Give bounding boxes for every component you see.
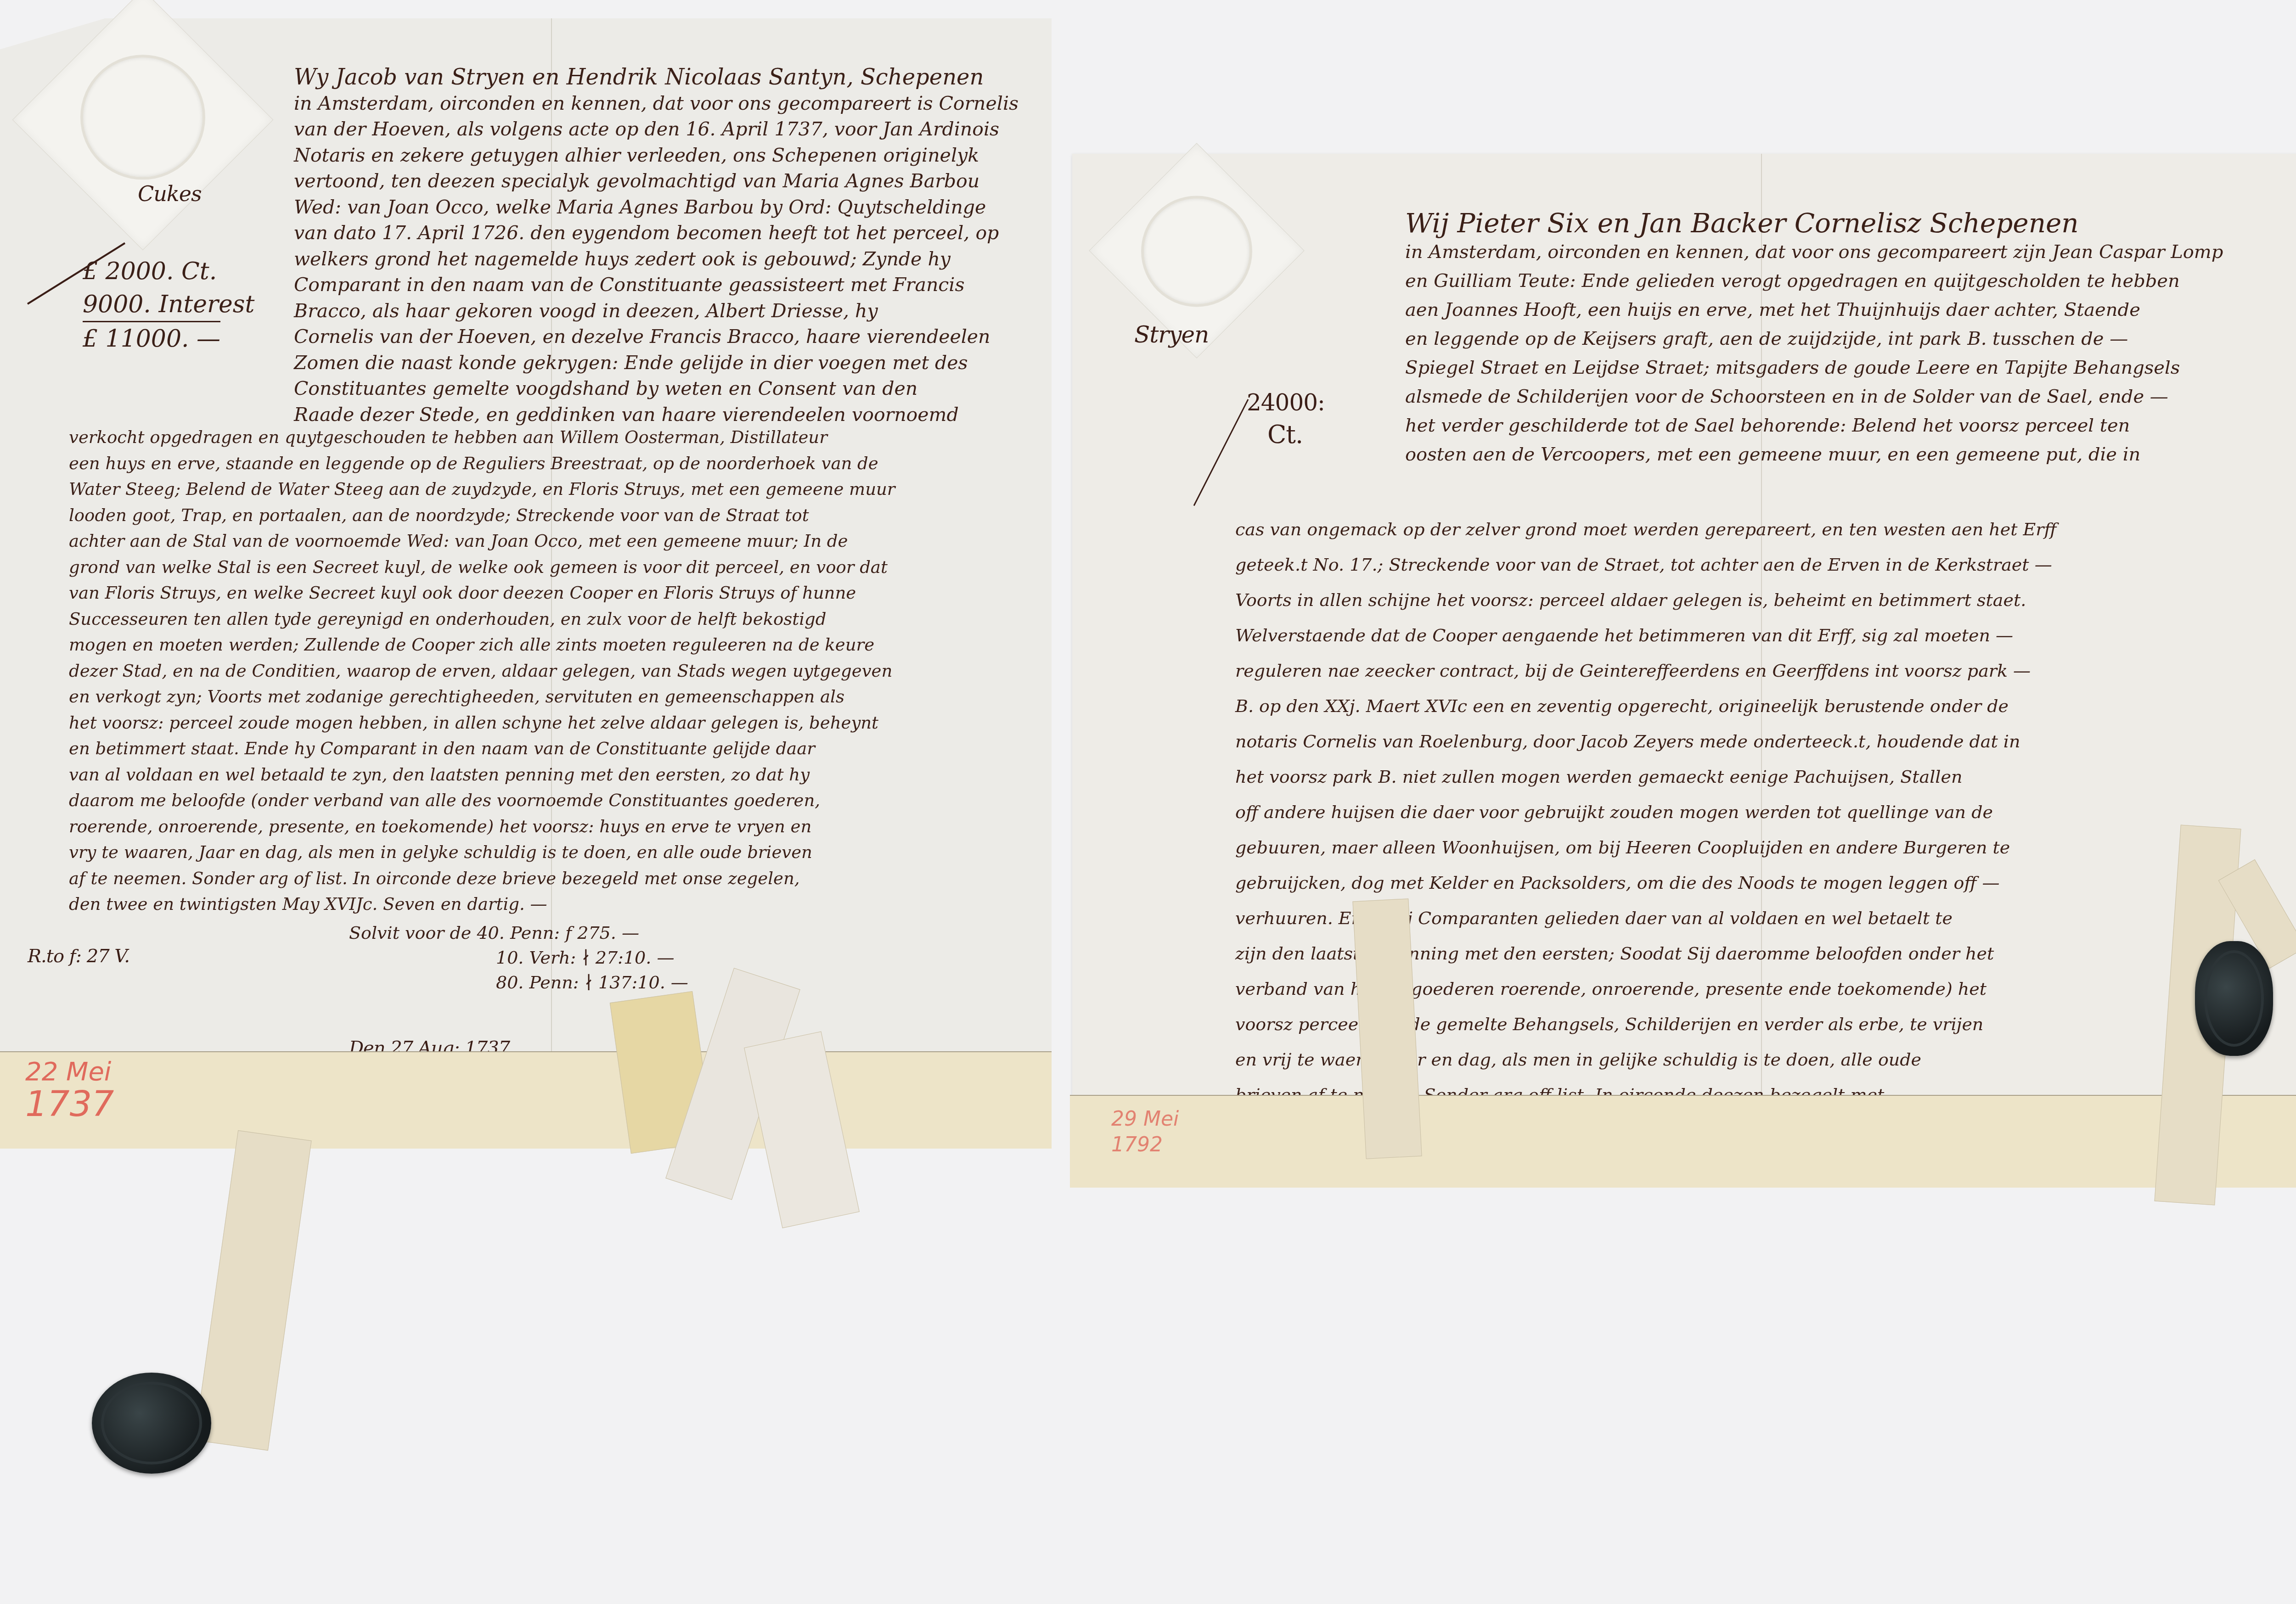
deed-line: Spiegel Straet en Leijdse Straet; mitsga… bbox=[1405, 353, 2296, 382]
deed-line: alsmede de Schilderijen voor de Schoorst… bbox=[1405, 382, 2296, 411]
deed-line: Zomen die naast konde gekrygen: Ende gel… bbox=[294, 350, 1047, 376]
deed-line: Welverstaende dat de Cooper aengaende he… bbox=[1235, 618, 2296, 653]
deed-line: grond van welke Stal is een Secreet kuyl… bbox=[69, 555, 1047, 581]
amount-total: £ 11000. — bbox=[83, 321, 220, 355]
deed-line: Cornelis van der Hoeven, en dezelve Fran… bbox=[294, 324, 1047, 350]
deed-line: het verder geschilderde tot de Sael beho… bbox=[1405, 411, 2296, 440]
deed-line: Water Steeg; Belend de Water Steeg aan d… bbox=[69, 477, 1047, 503]
deed-line: Voorts in allen schijne het voorsz: perc… bbox=[1235, 583, 2296, 618]
deed-line: Raade dezer Stede, en geddinken van haar… bbox=[294, 402, 1047, 428]
deed-line: dezer Stad, en na de Conditien, waarop d… bbox=[69, 658, 1047, 684]
deed-line: aen Joannes Hooft, een huijs en erve, me… bbox=[1405, 296, 2296, 325]
registry-note: R.to f: 27 V. bbox=[28, 946, 129, 967]
stamp-signature: Cukes bbox=[138, 181, 202, 206]
stamp-signature: Stryen bbox=[1134, 321, 1209, 348]
deed-line: roerende, onroerende, presente, en toeko… bbox=[69, 814, 1047, 840]
margin-amount: 24000: bbox=[1247, 389, 1325, 416]
left-deed-body-full: verkocht opgedragen en quytgeschouden te… bbox=[69, 425, 1047, 918]
payment-line-2: 10. Verh: ∤ 27:10. — bbox=[349, 945, 688, 970]
deed-line: Notaris en zekere getuygen alhier verlee… bbox=[294, 142, 1047, 168]
left-deed-body: Wy Jacob van Stryen en Hendrik Nicolaas … bbox=[294, 64, 1047, 427]
margin-amounts: £ 2000. Ct. 9000. Interest £ 11000. — bbox=[83, 255, 254, 355]
deed-line: welkers grond het nagemelde huys zedert … bbox=[294, 246, 1047, 272]
deed-line: vry te waaren, Jaar en dag, als men in g… bbox=[69, 840, 1047, 866]
deed-line: en Guilliam Teute: Ende gelieden verogt … bbox=[1405, 267, 2296, 296]
deed-line: in Amsterdam, oirconden en kennen, dat v… bbox=[294, 90, 1047, 117]
margin-currency: Ct. bbox=[1267, 420, 1303, 449]
deed-line: daarom me beloofde (onder verband van al… bbox=[69, 788, 1047, 814]
deed-line: Comparant in den naam van de Constituant… bbox=[294, 272, 1047, 298]
deed-line: Wy Jacob van Stryen en Hendrik Nicolaas … bbox=[294, 64, 1047, 90]
seal-ribbon bbox=[194, 1130, 311, 1451]
amount-principal: £ 2000. Ct. bbox=[83, 255, 254, 288]
deed-line: notaris Cornelis van Roelenburg, door Ja… bbox=[1235, 724, 2296, 759]
deed-line: af te neemen. Sonder arg of list. In oir… bbox=[69, 866, 1047, 892]
deed-line: en leggende op de Keijsers graft, aen de… bbox=[1405, 325, 2296, 353]
deed-line: vertoond, ten deezen specialyk gevolmach… bbox=[294, 168, 1047, 194]
deed-line: een huys en erve, staande en leggende op… bbox=[69, 451, 1047, 477]
deed-line: geteek.t No. 17.; Streckende voor van de… bbox=[1235, 547, 2296, 583]
wax-seal bbox=[2195, 941, 2273, 1056]
deed-line: oosten aen de Vercoopers, met een gemeen… bbox=[1405, 440, 2296, 469]
deed-line: en verkogt zyn; Voorts met zodanige gere… bbox=[69, 684, 1047, 710]
deed-line: Successeuren ten allen tyde gereynigd en… bbox=[69, 606, 1047, 633]
deed-line: van der Hoeven, als volgens acte op den … bbox=[294, 116, 1047, 142]
deed-line: B. op den XXj. Maert XVIc een en zeventi… bbox=[1235, 689, 2296, 724]
deed-line: van al voldaan en wel betaald te zyn, de… bbox=[69, 762, 1047, 788]
deed-line: Wij Pieter Six en Jan Backer Cornelisz S… bbox=[1405, 209, 2296, 238]
right-deed-heading: Wij Pieter Six en Jan Backer Cornelisz S… bbox=[1405, 209, 2296, 469]
deed-line: in Amsterdam, oirconden en kennen, dat v… bbox=[1405, 238, 2296, 267]
deed-line: van dato 17. April 1726. den eygendom be… bbox=[294, 220, 1047, 246]
deed-line: achter aan de Stal van de voornoemde Wed… bbox=[69, 528, 1047, 555]
vellum-fold-band bbox=[1070, 1095, 2296, 1188]
deed-line: cas van ongemack op der zelver grond moe… bbox=[1235, 512, 2296, 547]
pencil-date-label: 29 Mei 1792 bbox=[1111, 1106, 1179, 1158]
vellum-fold-band bbox=[0, 1051, 1052, 1149]
pencil-date-label: 22 Mei 1737 bbox=[25, 1056, 114, 1120]
payment-notes: Solvit voor de 40. Penn: f 275. — 10. Ve… bbox=[349, 920, 688, 995]
deed-line: en betimmert staat. Ende hy Comparant in… bbox=[69, 736, 1047, 762]
payment-line-3: 80. Penn: ∤ 137:10. — bbox=[349, 970, 688, 995]
deed-line: den twee en twintigsten May XVIJc. Seven… bbox=[69, 892, 1047, 918]
payment-solvit: Solvit voor de 40. Penn: f 275. — bbox=[349, 920, 688, 945]
deed-line: gebruijcken, dog met Kelder en Packsolde… bbox=[1235, 865, 2296, 901]
deed-line: gebuuren, maer alleen Woonhuijsen, om bi… bbox=[1235, 830, 2296, 865]
amount-interest: 9000. Interest bbox=[83, 288, 254, 321]
deed-line: reguleren nae zeecker contract, bij de G… bbox=[1235, 653, 2296, 689]
wax-seal bbox=[92, 1373, 211, 1474]
deed-line: looden goot, Trap, en portaalen, aan de … bbox=[69, 503, 1047, 529]
deed-line: het voorsz: perceel zoude mogen hebben, … bbox=[69, 710, 1047, 736]
deed-line: off andere huijsen die daer voor gebruij… bbox=[1235, 795, 2296, 830]
deed-line: het voorsz park B. niet zullen mogen wer… bbox=[1235, 759, 2296, 795]
deed-line: Bracco, als haar gekoren voogd in deezen… bbox=[294, 298, 1047, 324]
deed-line: mogen en moeten werden; Zullende de Coop… bbox=[69, 632, 1047, 658]
deed-line: Wed: van Joan Occo, welke Maria Agnes Ba… bbox=[294, 194, 1047, 220]
deed-line: verkocht opgedragen en quytgeschouden te… bbox=[69, 425, 1047, 451]
deed-line: van Floris Struys, en welke Secreet kuyl… bbox=[69, 580, 1047, 606]
deed-line: Constituantes gemelte voogdshand by wete… bbox=[294, 376, 1047, 402]
